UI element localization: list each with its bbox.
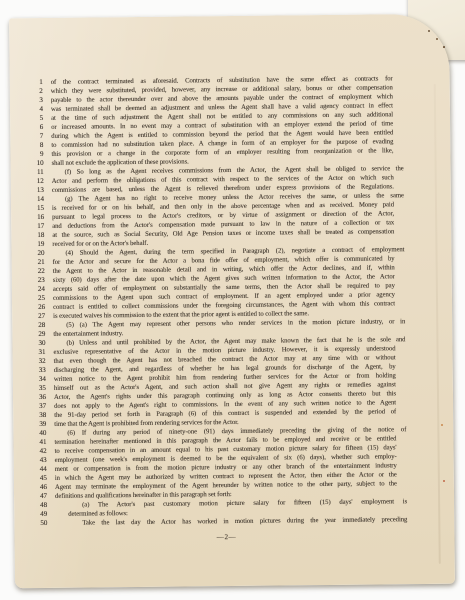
paper-speck bbox=[443, 480, 445, 482]
line-number: 38 bbox=[21, 411, 46, 420]
contract-page: 1 of the contract terminated as aforesai… bbox=[9, 14, 455, 589]
line-number: 5 bbox=[18, 114, 43, 123]
line-number: 39 bbox=[21, 420, 46, 429]
line-number: 26 bbox=[20, 303, 45, 312]
line-number: 49 bbox=[22, 510, 47, 519]
line-number: 6 bbox=[18, 123, 43, 132]
line-number: 31 bbox=[20, 348, 45, 357]
line-number: 22 bbox=[20, 267, 45, 276]
line-number: 16 bbox=[19, 213, 44, 222]
line-number: 35 bbox=[21, 384, 46, 393]
line-number: 24 bbox=[20, 285, 45, 294]
line-number: 36 bbox=[21, 393, 46, 402]
line-number: 33 bbox=[21, 366, 46, 375]
line-number: 21 bbox=[20, 258, 45, 267]
line-number: 34 bbox=[21, 375, 46, 384]
line-number: 8 bbox=[18, 141, 43, 150]
line-number: 9 bbox=[18, 150, 43, 159]
line-number: 2 bbox=[18, 87, 43, 96]
line-number: 3 bbox=[18, 96, 43, 105]
line-number: 44 bbox=[22, 465, 47, 474]
line-number: 4 bbox=[18, 105, 43, 114]
line-number: 18 bbox=[19, 231, 44, 240]
scanned-document: 1 of the contract terminated as aforesai… bbox=[0, 0, 465, 600]
line-number: 50 bbox=[22, 519, 47, 528]
line-number: 20 bbox=[19, 249, 44, 258]
paper-speck bbox=[428, 30, 430, 32]
line-number: 15 bbox=[19, 204, 44, 213]
line-number: 23 bbox=[20, 276, 45, 285]
line-number: 11 bbox=[19, 168, 44, 177]
line-number: 7 bbox=[18, 132, 43, 141]
line-number: 30 bbox=[20, 339, 45, 348]
paper-crease bbox=[434, 84, 441, 564]
line-number: 45 bbox=[22, 474, 47, 483]
line-number: 12 bbox=[19, 177, 44, 186]
line-number: 19 bbox=[19, 240, 44, 249]
line-number: 40 bbox=[21, 429, 46, 438]
line-number: 13 bbox=[19, 186, 44, 195]
line-number: 29 bbox=[20, 330, 45, 339]
page-number: —2— bbox=[22, 531, 397, 543]
contract-text-block: 1 of the contract terminated as aforesai… bbox=[18, 74, 408, 543]
paper-speck bbox=[436, 38, 438, 40]
line-number: 37 bbox=[21, 402, 46, 411]
line-number: 10 bbox=[19, 159, 44, 168]
line-number: 46 bbox=[22, 483, 47, 492]
line-number: 42 bbox=[22, 447, 47, 456]
line-number: 27 bbox=[20, 312, 45, 321]
paper-speck bbox=[441, 424, 443, 426]
line-number: 32 bbox=[21, 357, 46, 366]
line-number: 1 bbox=[18, 78, 43, 87]
line-number: 25 bbox=[20, 294, 45, 303]
line-number: 17 bbox=[19, 222, 44, 231]
line-number: 41 bbox=[21, 438, 46, 447]
line-number: 14 bbox=[19, 195, 44, 204]
paper-speck bbox=[443, 46, 445, 48]
line-number: 48 bbox=[22, 501, 47, 510]
line-number: 43 bbox=[22, 456, 47, 465]
line-number: 47 bbox=[22, 492, 47, 501]
line-number: 28 bbox=[20, 321, 45, 330]
